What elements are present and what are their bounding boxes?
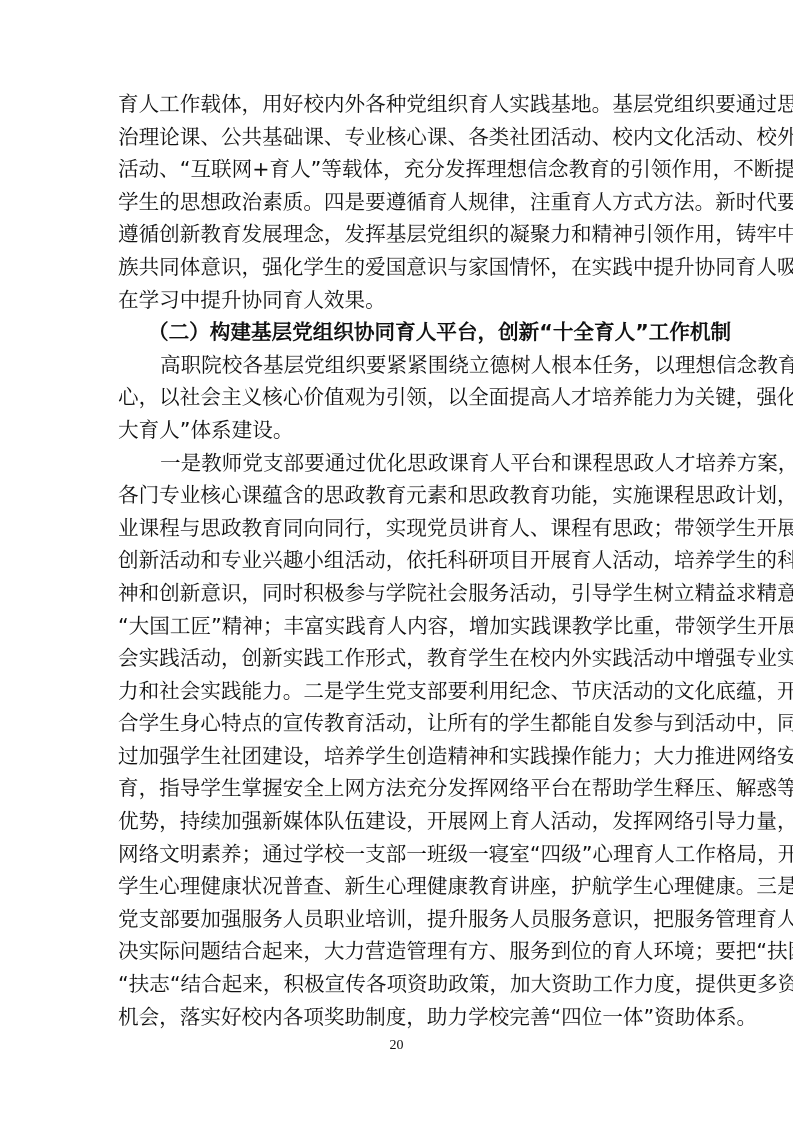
text-line: 在学习中提升协同育人效果。 <box>118 284 674 317</box>
text-line: 族共同体意识，强化学生的爱国意识与家国情怀，在实践中提升协同育人吸引力， <box>118 251 674 284</box>
page-number: 20 <box>0 1038 793 1054</box>
text-line: 高职院校各基层党组织要紧紧围绕立德树人根本任务，以理想信念教育为核 <box>118 349 674 382</box>
text-line: 神和创新意识，同时积极参与学院社会服务活动，引导学生树立精益求精意识和 <box>118 577 674 610</box>
section-heading: （二）构建基层党组织协同育人平台，创新“十全育人”工作机制 <box>118 316 674 349</box>
text-line: 各门专业核心课蕴含的思政教育元素和思政教育功能，实施课程思政计划，使专 <box>118 479 674 512</box>
text-line: 遵循创新教育发展理念，发挥基层党组织的凝聚力和精神引领作用，铸牢中华民 <box>118 218 674 251</box>
text-line: 优势，持续加强新媒体队伍建设，开展网上育人活动，发挥网络引导力量，提升 <box>118 805 674 838</box>
text-line: 育，指导学生掌握安全上网方法充分发挥网络平台在帮助学生释压、解惑等方面 <box>118 772 674 805</box>
text-line: 网络文明素养；通过学校一支部一班级一寝室“四级”心理育人工作格局，开展 <box>118 838 674 871</box>
text-line: 力和社会实践能力。二是学生党支部要利用纪念、节庆活动的文化底蕴，开展符 <box>118 675 674 708</box>
text-line: 合学生身心特点的宣传教育活动，让所有的学生都能自发参与到活动中，同时通 <box>118 707 674 740</box>
text-line: 大育人”体系建设。 <box>118 414 674 447</box>
text-line: 学生心理健康状况普查、新生心理健康教育讲座，护航学生心理健康。三是行政 <box>118 870 674 903</box>
text-line: 活动、“互联网+育人”等载体，充分发挥理想信念教育的引领作用，不断提高 <box>118 153 674 186</box>
text-line: “大国工匠”精神；丰富实践育人内容，增加实践课教学比重，带领学生开展社 <box>118 610 674 643</box>
text-line: 治理论课、公共基础课、专业核心课、各类社团活动、校内文化活动、校外实践 <box>118 121 674 154</box>
text-line: 决实际问题结合起来，大力营造管理有方、服务到位的育人环境；要把“扶困“与 <box>118 935 674 968</box>
document-page: 育人工作载体，用好校内外各种党组织育人实践基地。基层党组织要通过思想政 治理论课… <box>0 0 793 1122</box>
text-line: 一是教师党支部要通过优化思政课育人平台和课程思政人才培养方案，梳理 <box>118 447 674 480</box>
text-line: 过加强学生社团建设，培养学生创造精神和实践操作能力；大力推进网络安全教 <box>118 740 674 773</box>
text-line: 学生的思想政治素质。四是要遵循育人规律，注重育人方式方法。新时代要注重 <box>118 186 674 219</box>
text-line: 业课程与思政教育同向同行，实现党员讲育人、课程有思政；带领学生开展科研 <box>118 512 674 545</box>
text-line: 育人工作载体，用好校内外各种党组织育人实践基地。基层党组织要通过思想政 <box>118 88 674 121</box>
page-body: 育人工作载体，用好校内外各种党组织育人实践基地。基层党组织要通过思想政 治理论课… <box>118 88 674 1033</box>
text-line: 心，以社会主义核心价值观为引领，以全面提高人才培养能力为关键，强化“十 <box>118 381 674 414</box>
text-line: 创新活动和专业兴趣小组活动，依托科研项目开展育人活动，培养学生的科学精 <box>118 544 674 577</box>
text-line: 会实践活动，创新实践工作形式，教育学生在校内外实践活动中增强专业实践能 <box>118 642 674 675</box>
text-line: 机会，落实好校内各项奖助制度，助力学校完善“四位一体”资助体系。 <box>118 1001 674 1034</box>
text-line: “扶志“结合起来，积极宣传各项资助政策，加大资助工作力度，提供更多资助 <box>118 968 674 1001</box>
text-line: 党支部要加强服务人员职业培训，提升服务人员服务意识，把服务管理育人与解 <box>118 903 674 936</box>
